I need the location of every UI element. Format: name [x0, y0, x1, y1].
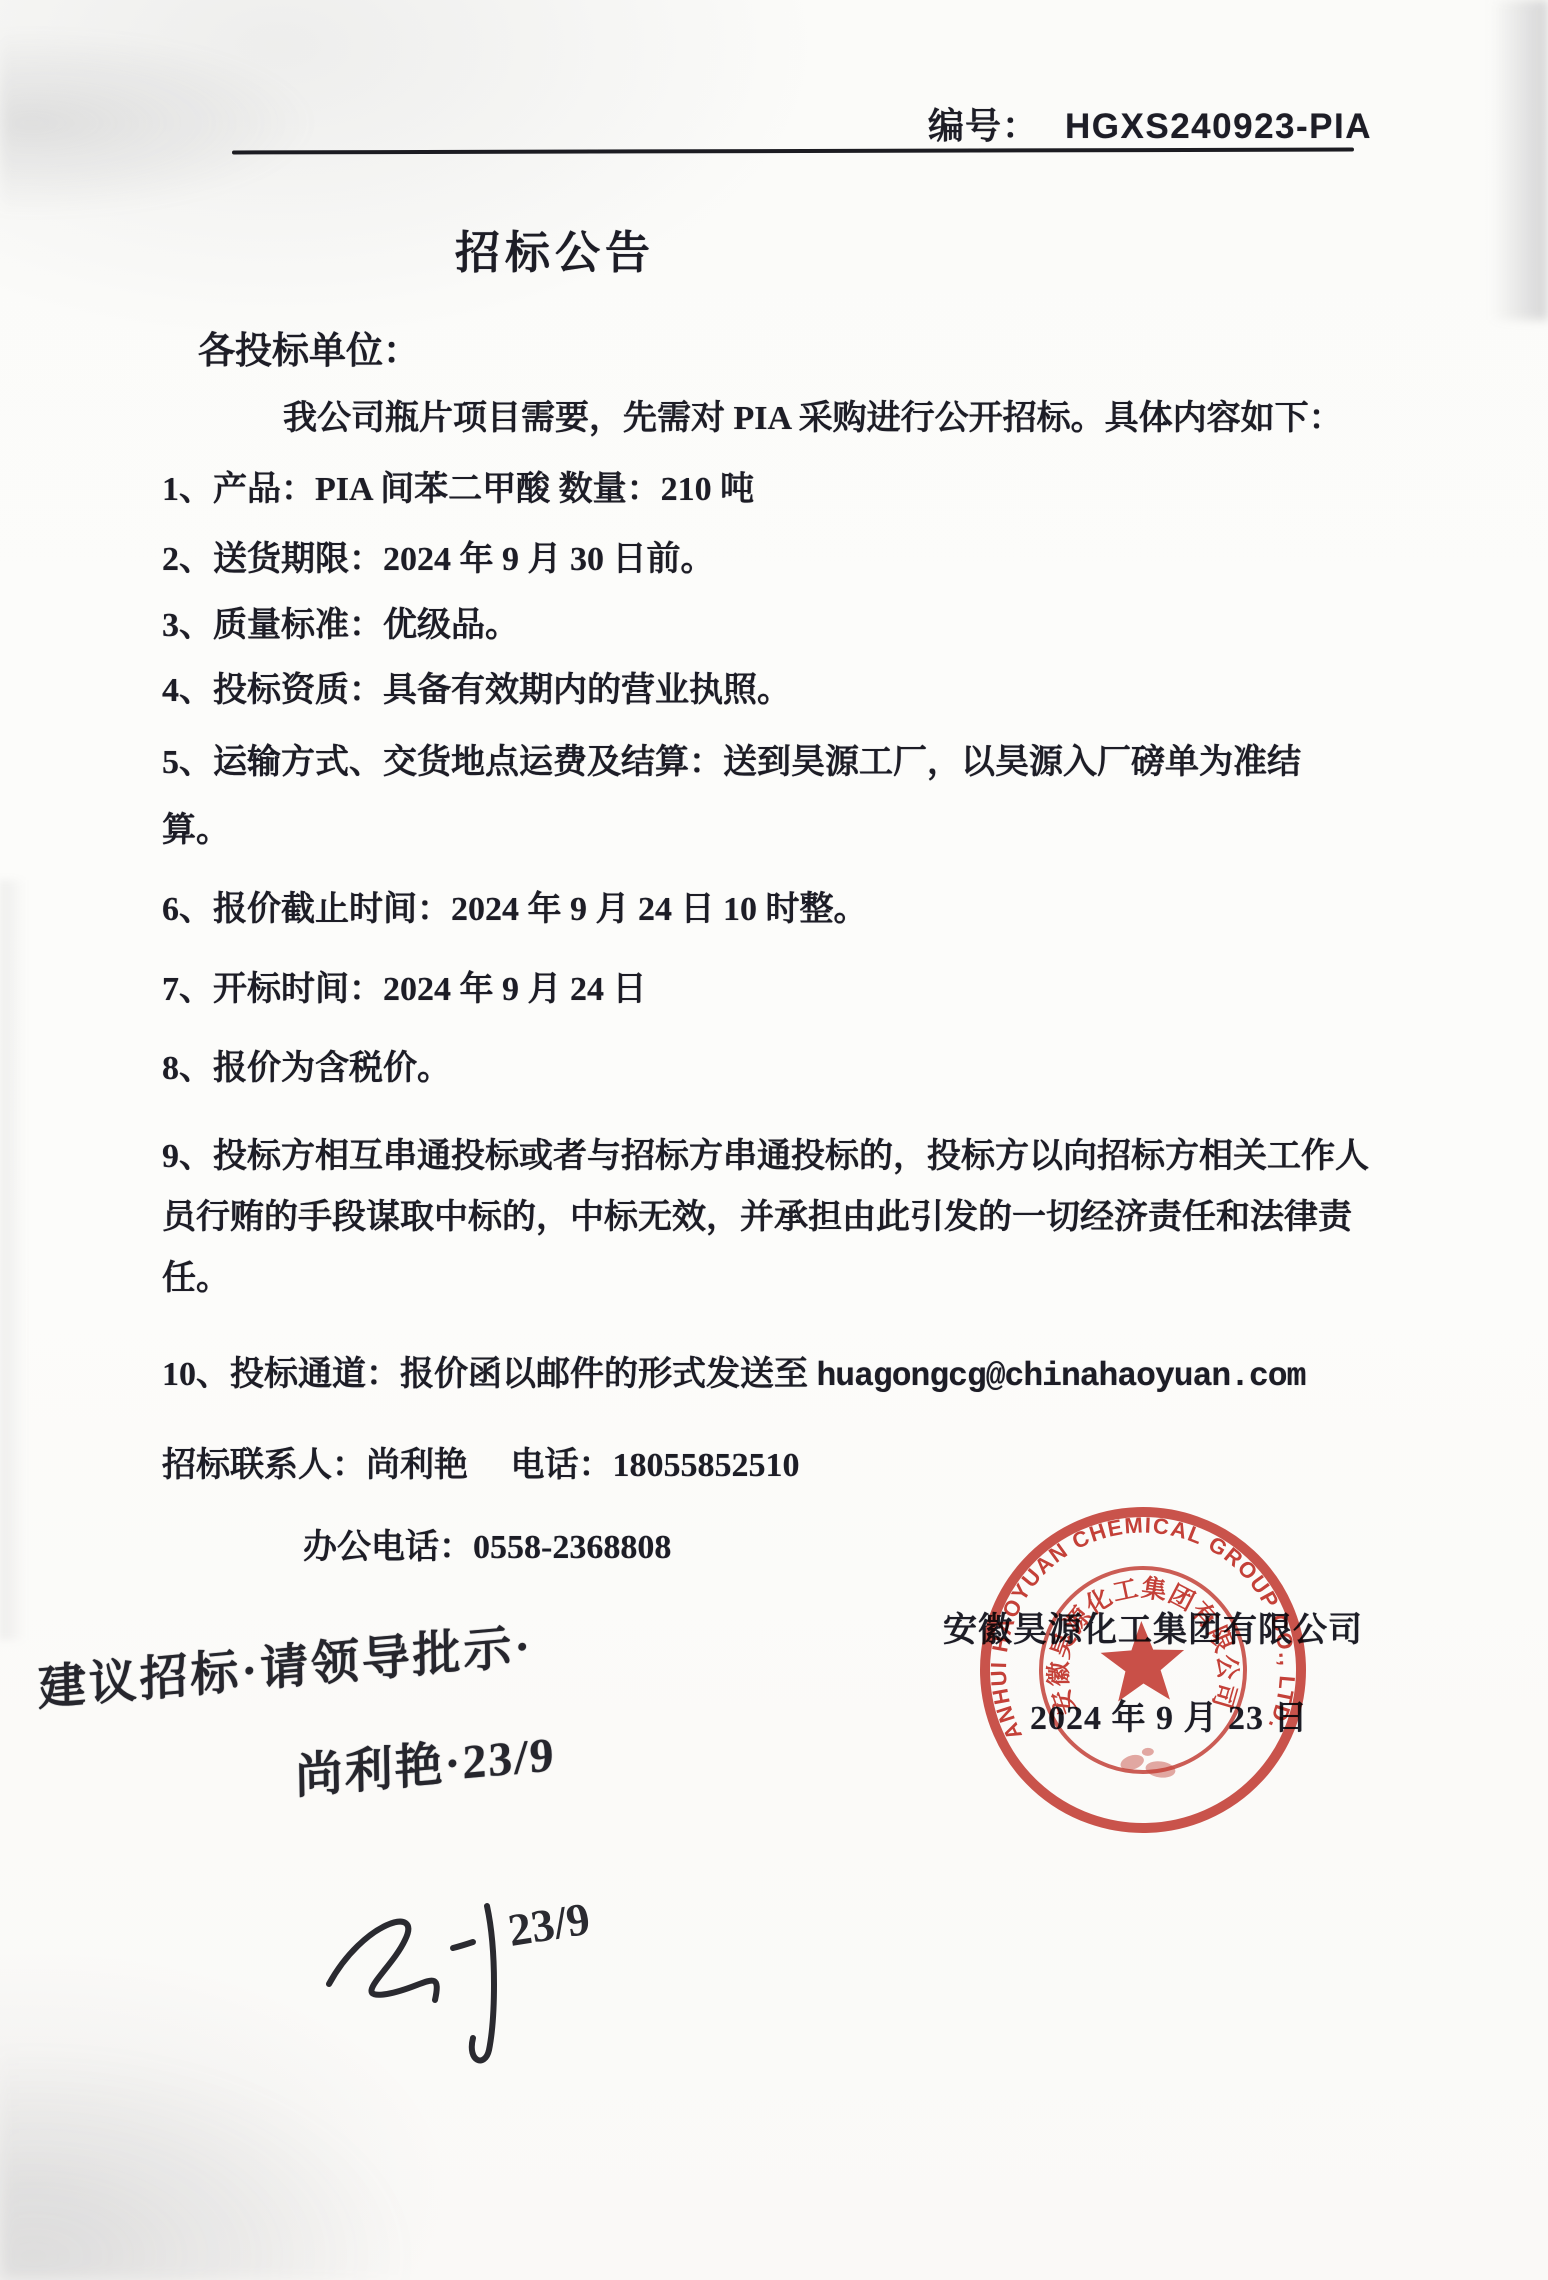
salutation: 各投标单位： [198, 320, 420, 374]
scan-shadow-bottom-left [0, 2040, 420, 2280]
office-phone-line: 办公电话：0558-2368808 [303, 1519, 671, 1568]
doc-number-label: 编号： [928, 106, 1039, 146]
list-item-8: 8、报价为含税价。 [162, 1040, 451, 1089]
bid-email-address: huagongcg@chinahaoyuan.com [817, 1358, 1306, 1395]
list-item-10-text: 10、投标通道：报价函以邮件的形式发送至 [162, 1356, 817, 1393]
list-item-1: 1、产品：PIA 间苯二甲酸 数量：210 吨 [162, 461, 754, 510]
seal-ink-smudge [1118, 1747, 1177, 1781]
list-item-6: 6、报价截止时间：2024 年 9 月 24 日 10 时整。 [162, 881, 868, 930]
list-item-7: 7、开标时间：2024 年 9 月 24 日 [162, 961, 647, 1010]
seal-star-icon [1100, 1620, 1186, 1702]
scan-shadow-top-right [1490, 0, 1548, 320]
header-rule [232, 148, 1354, 155]
scanned-tender-notice-page: 编号：HGXS240923-PIA 招标公告 各投标单位： 我公司瓶片项目需要，… [0, 0, 1548, 2280]
contact-person-line: 招标联系人：尚利艳 电话：18055852510 [162, 1437, 800, 1486]
doc-number: 编号：HGXS240923-PIA [928, 98, 1372, 149]
list-item-5: 5、运输方式、交货地点运费及结算：送到昊源工厂，以昊源入厂磅单为准结算。 [162, 729, 1352, 865]
signature-scribble [329, 1906, 494, 2060]
scan-shadow-top-left [0, 28, 320, 218]
list-item-4: 4、投标资质：具备有效期内的营业执照。 [162, 662, 791, 711]
list-item-2: 2、送货期限：2024 年 9 月 30 日前。 [162, 531, 715, 580]
handwritten-signature-2: 23/9 [315, 1888, 615, 2073]
doc-title: 招标公告 [400, 216, 710, 281]
list-item-10: 10、投标通道：报价函以邮件的形式发送至 huagongcg@chinahaoy… [162, 1346, 1305, 1395]
handwritten-approval-note: 建议招标·请领导批示· [37, 1607, 533, 1719]
scan-shadow-left-edge [0, 880, 26, 1640]
company-seal-stamp: ANHUI HAOYUAN CHEMICAL GROUP CO., LTD. 安… [962, 1489, 1324, 1851]
signature-date: 23/9 [505, 1893, 594, 1956]
intro-paragraph: 我公司瓶片项目需要，先需对 PIA 采购进行公开招标。具体内容如下： [283, 390, 1343, 439]
doc-number-value: HGXS240923-PIA [1065, 107, 1372, 146]
handwritten-signature-1: 尚利艳·23/9 [294, 1715, 556, 1807]
list-item-3: 3、质量标准：优级品。 [162, 597, 519, 646]
list-item-9: 9、投标方相互串通投标或者与招标方串通投标的，投标方以向招标方相关工作人员行贿的… [162, 1126, 1380, 1309]
